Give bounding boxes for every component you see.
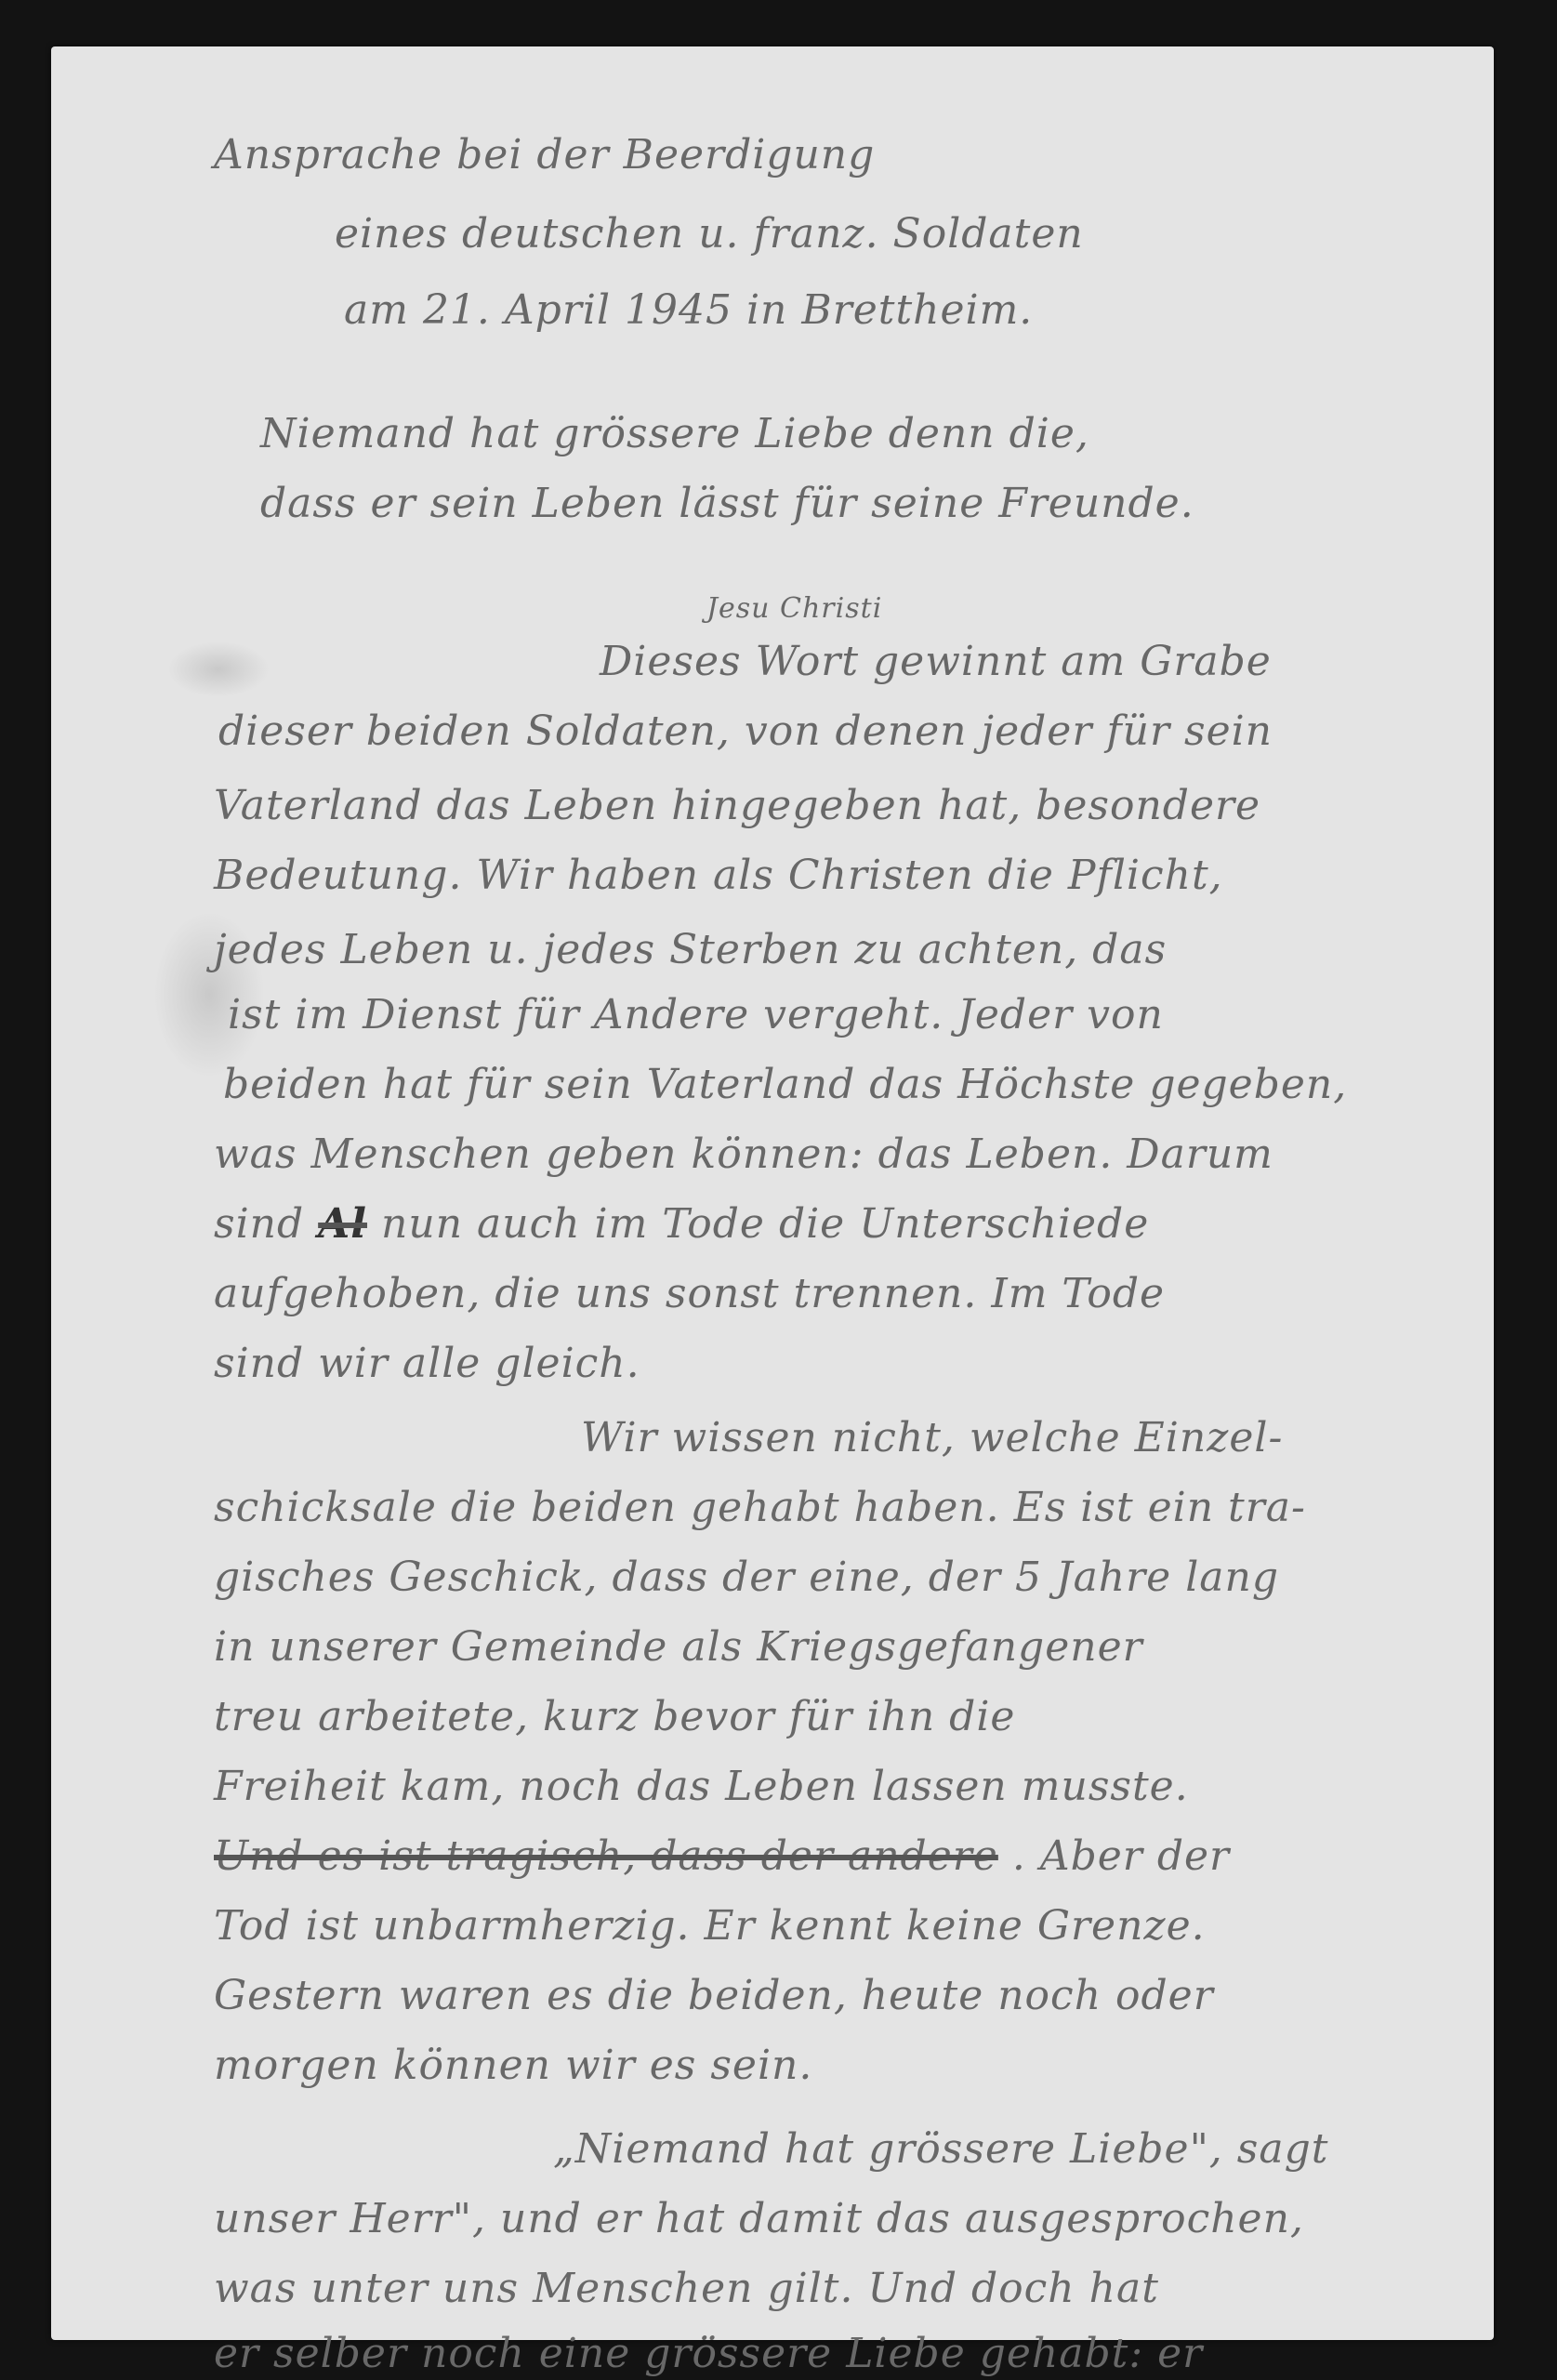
- body-line: Gestern waren es die beiden, heute noch …: [214, 1976, 1214, 2016]
- body-line: beiden hat für sein Vaterland das Höchst…: [223, 1064, 1347, 1105]
- motto-line-2: dass er sein Leben lässt für seine Freun…: [260, 483, 1194, 524]
- body-line: was Menschen geben können: das Leben. Da…: [214, 1134, 1273, 1175]
- heading-line-1: Ansprache bei der Beerdigung: [214, 135, 875, 176]
- body-line: Dieses Wort gewinnt am Grabe: [600, 641, 1272, 682]
- body-line: Vaterland das Leben hingegeben hat, beso…: [214, 786, 1260, 826]
- body-text: sind: [214, 1200, 304, 1248]
- body-line: dieser beiden Soldaten, von denen jeder …: [218, 711, 1273, 752]
- body-text: nun auch im Tode die Unterschiede: [381, 1200, 1149, 1248]
- body-line: aufgehoben, die uns sonst trennen. Im To…: [214, 1274, 1165, 1315]
- body-line: Freiheit kam, noch das Leben lassen muss…: [214, 1766, 1189, 1807]
- body-line: was unter uns Menschen gilt. Und doch ha…: [214, 2268, 1159, 2309]
- body-line: Bedeutung. Wir haben als Christen die Pf…: [214, 855, 1223, 896]
- body-line: unser Herr", und er hat damit das ausges…: [214, 2199, 1304, 2240]
- struck-sentence: Und es ist tragisch, dass der andere: [214, 1832, 998, 1880]
- body-line: Wir wissen nicht, welche Einzel-: [581, 1418, 1283, 1459]
- struck-mark: Al: [318, 1200, 367, 1248]
- body-line: in unserer Gemeinde als Kriegsgefangener: [214, 1627, 1143, 1668]
- body-line: treu arbeitete, kurz bevor für ihn die: [214, 1697, 1015, 1738]
- document-page: Ansprache bei der Beerdigung eines deuts…: [51, 46, 1494, 2340]
- body-line: gisches Geschick, dass der eine, der 5 J…: [214, 1557, 1279, 1598]
- body-line: morgen können wir es sein.: [214, 2045, 812, 2086]
- heading-line-3: am 21. April 1945 in Brettheim.: [344, 290, 1033, 331]
- body-line: jedes Leben u. jedes Sterben zu achten, …: [214, 930, 1167, 971]
- insertion-above: Jesu Christi: [706, 595, 882, 623]
- body-line: Und es ist tragisch, dass der andere . A…: [214, 1836, 1230, 1877]
- body-line: Tod ist unbarmherzig. Er kennt keine Gre…: [214, 1906, 1206, 1947]
- body-line: er selber noch eine grössere Liebe gehab…: [214, 2334, 1203, 2374]
- body-line: schicksale die beiden gehabt haben. Es i…: [214, 1487, 1306, 1528]
- heading-line-2: eines deutschen u. franz. Soldaten: [335, 214, 1084, 255]
- body-line: „Niemand hat grössere Liebe", sagt: [553, 2129, 1328, 2170]
- ink-blot: [167, 641, 270, 697]
- body-line: ist im Dienst für Andere vergeht. Jeder …: [228, 995, 1164, 1036]
- body-text: . Aber der: [1012, 1832, 1230, 1880]
- motto-line-1: Niemand hat grössere Liebe denn die,: [260, 414, 1089, 455]
- body-line: sind Al nun auch im Tode die Unterschied…: [214, 1204, 1149, 1245]
- body-line: sind wir alle gleich.: [214, 1343, 640, 1384]
